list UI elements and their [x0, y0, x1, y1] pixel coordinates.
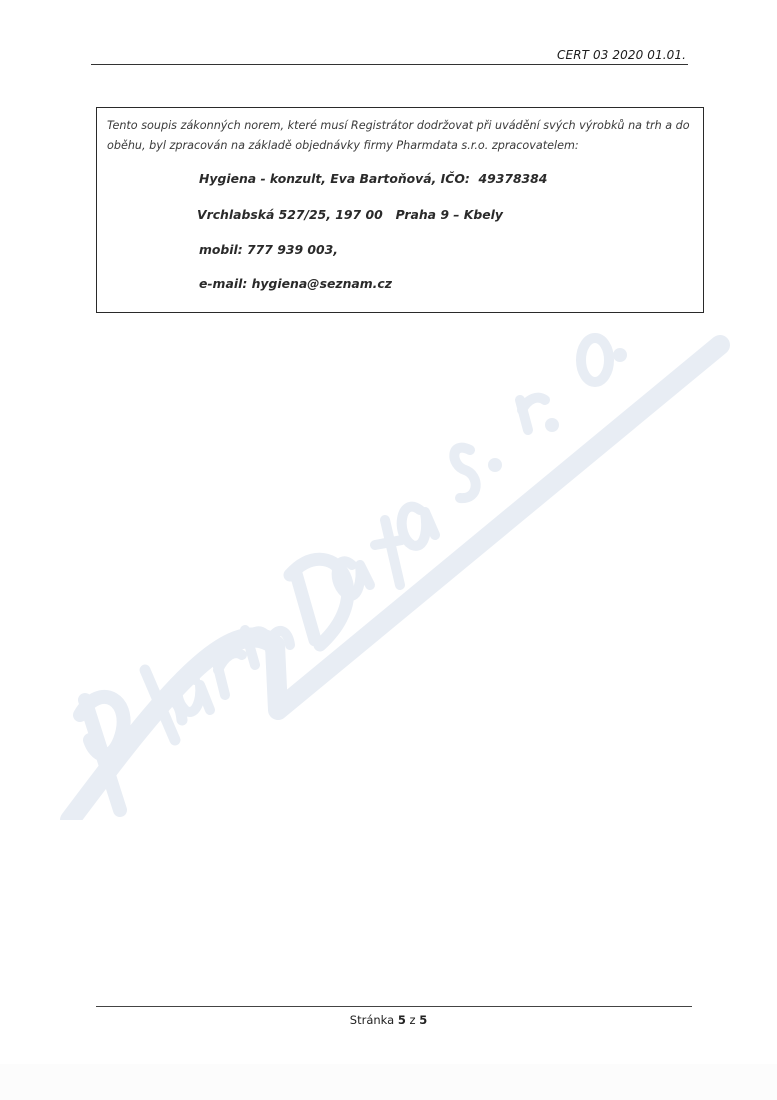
- page-total: 5: [419, 1013, 427, 1027]
- watermark-logo-icon: [40, 300, 777, 820]
- header-divider: [91, 64, 688, 65]
- footer-divider: [96, 1006, 692, 1007]
- page-number: Stránka 5 z 5: [0, 1013, 777, 1027]
- processor-phone: mobil: 777 939 003,: [199, 242, 338, 257]
- page-margin: [0, 1064, 777, 1100]
- document-page: CERT 03 2020 01.01.: [0, 0, 777, 1064]
- processor-info-box: Tento soupis zákonných norem, které musí…: [96, 107, 704, 313]
- processor-email[interactable]: e-mail: hygiena@seznam.cz: [199, 276, 392, 291]
- page-label: Stránka: [350, 1013, 394, 1027]
- processor-name: Hygiena - konzult, Eva Bartoňová, IČO: 4…: [199, 171, 547, 186]
- page-current: 5: [398, 1013, 406, 1027]
- processor-address: Vrchlabská 527/25, 197 00 Praha 9 – Kbel…: [197, 207, 503, 222]
- page-separator: z: [410, 1013, 416, 1027]
- intro-paragraph: Tento soupis zákonných norem, které musí…: [107, 116, 697, 156]
- document-reference: CERT 03 2020 01.01.: [557, 48, 686, 62]
